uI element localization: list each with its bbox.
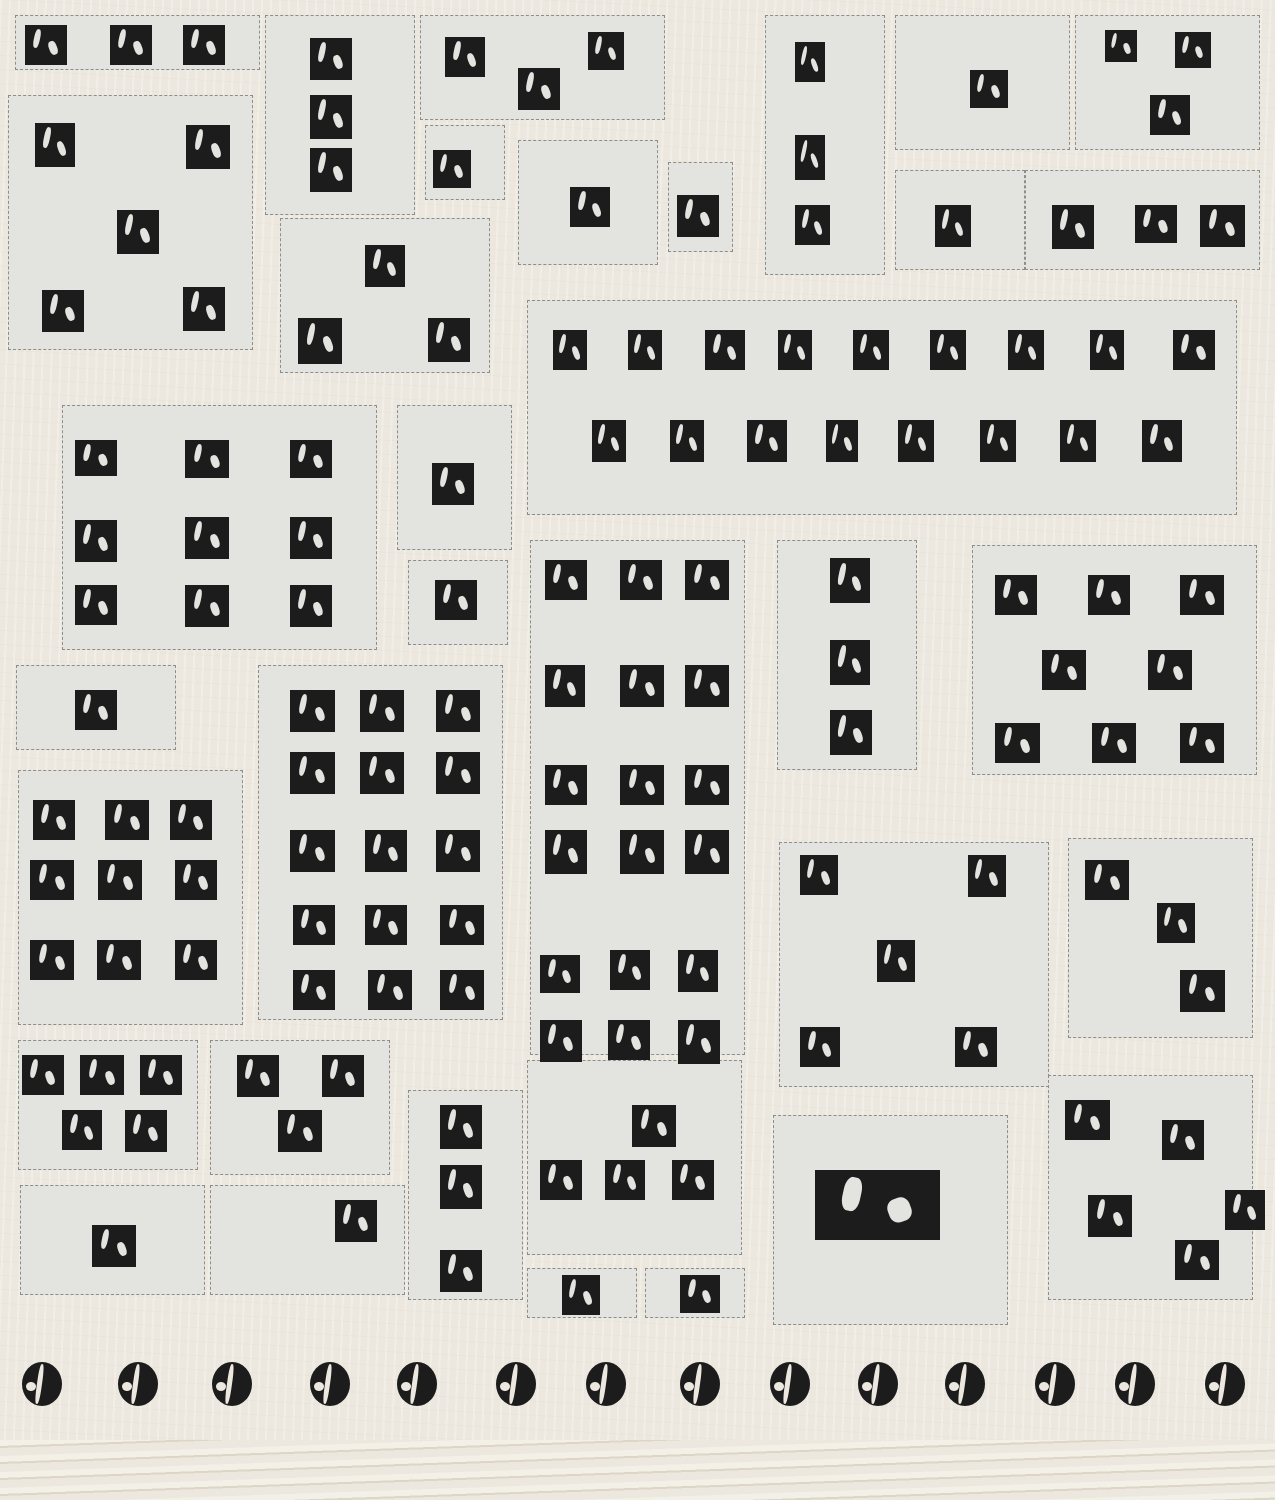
ink-square	[980, 420, 1016, 462]
ink-square	[1200, 205, 1245, 247]
ink-square	[830, 710, 872, 755]
ink-square	[293, 970, 335, 1010]
ink-square	[290, 830, 335, 872]
impasto-bottom-edge	[0, 1440, 1275, 1500]
ink-square	[298, 318, 342, 364]
ink-square	[80, 1055, 124, 1095]
ink-square	[1180, 970, 1225, 1012]
ink-square	[42, 290, 84, 332]
ink-square	[968, 855, 1006, 897]
ink-square	[365, 905, 407, 945]
ink-square	[428, 318, 470, 362]
ink-square	[545, 765, 587, 805]
ink-square	[608, 1020, 650, 1060]
ink-square	[30, 940, 74, 980]
ink-square	[75, 440, 117, 476]
ink-square	[92, 1225, 136, 1267]
ink-square	[1042, 650, 1086, 690]
ink-square	[705, 330, 745, 370]
ink-square	[620, 665, 664, 707]
ink-square	[185, 517, 229, 559]
ink-square	[670, 420, 704, 462]
ink-square	[620, 830, 664, 874]
ink-square	[365, 830, 407, 872]
ink-square	[335, 1200, 377, 1242]
ink-square	[970, 70, 1008, 108]
ink-square	[30, 860, 74, 900]
ink-square	[553, 330, 587, 370]
dashed-panel	[527, 1060, 742, 1255]
ink-square	[540, 1020, 582, 1062]
ink-square	[98, 860, 142, 900]
ink-circle	[496, 1362, 536, 1406]
ink-square	[1092, 723, 1136, 763]
ink-square	[678, 950, 718, 992]
ink-square	[185, 585, 229, 627]
ink-square	[440, 970, 484, 1010]
ink-square	[1085, 860, 1129, 900]
ink-square	[778, 330, 812, 370]
ink-square	[75, 690, 117, 730]
ink-square	[930, 330, 966, 370]
ink-square	[1142, 420, 1182, 462]
ink-square	[1135, 205, 1177, 243]
ink-square	[310, 38, 352, 80]
ink-square	[35, 123, 75, 167]
ink-square	[440, 1250, 482, 1292]
ink-square	[1088, 575, 1130, 615]
ink-square	[685, 665, 729, 707]
ink-square	[436, 830, 480, 872]
ink-square	[628, 330, 662, 370]
ink-square	[125, 1110, 167, 1152]
ink-square	[610, 950, 650, 990]
ink-square	[175, 940, 217, 980]
ink-circle	[1035, 1362, 1075, 1406]
ink-square	[1175, 1240, 1219, 1280]
ink-square	[293, 905, 335, 945]
ink-square	[1052, 205, 1094, 249]
ink-square	[830, 558, 870, 603]
ink-circle	[858, 1362, 898, 1406]
ink-square	[1148, 650, 1192, 690]
ink-square	[237, 1055, 279, 1097]
ink-circle	[310, 1362, 350, 1406]
ink-square	[677, 195, 719, 237]
ink-square	[672, 1160, 714, 1200]
ink-square	[540, 1160, 582, 1200]
ink-circle	[945, 1362, 985, 1406]
ink-square	[22, 1055, 64, 1095]
ink-square	[360, 752, 404, 794]
ink-square	[1162, 1120, 1204, 1160]
ink-square	[440, 1105, 482, 1149]
ink-circle	[212, 1362, 252, 1406]
ink-square	[620, 765, 664, 805]
ink-square	[995, 575, 1037, 615]
ink-square	[800, 1027, 840, 1067]
ink-circle	[118, 1362, 158, 1406]
ink-square	[290, 585, 332, 627]
ink-square	[25, 25, 67, 65]
ink-square	[436, 690, 480, 732]
ink-square	[278, 1110, 322, 1152]
ink-square	[795, 42, 825, 82]
painting-canvas	[0, 0, 1275, 1500]
ink-square	[117, 210, 159, 254]
ink-square	[140, 1055, 182, 1095]
ink-square	[605, 1160, 645, 1200]
ink-circle	[586, 1362, 626, 1406]
ink-square	[562, 1275, 600, 1315]
ink-square	[685, 765, 729, 805]
ink-square	[995, 723, 1040, 763]
ink-square	[368, 970, 412, 1010]
ink-circle	[397, 1362, 437, 1406]
ink-square	[1157, 903, 1195, 943]
ink-square	[445, 37, 485, 77]
ink-square	[310, 95, 352, 139]
ink-square	[795, 205, 830, 245]
ink-square	[170, 800, 212, 840]
ink-square	[432, 463, 474, 505]
ink-square	[1008, 330, 1044, 370]
ink-square	[518, 68, 560, 110]
ink-square	[290, 752, 335, 794]
ink-square	[1060, 420, 1096, 462]
ink-square	[1173, 330, 1215, 370]
ink-square	[747, 420, 787, 462]
ink-square	[680, 1275, 720, 1313]
ink-square	[186, 125, 230, 169]
ink-square	[800, 855, 838, 895]
ink-square	[322, 1055, 364, 1097]
ink-square	[183, 25, 225, 65]
ink-square	[815, 1170, 940, 1240]
ink-square	[436, 752, 480, 794]
ink-square	[310, 148, 352, 192]
ink-square	[365, 245, 405, 287]
ink-square	[1090, 330, 1124, 370]
ink-square	[632, 1105, 676, 1147]
ink-circle	[680, 1362, 720, 1406]
ink-square	[685, 560, 729, 600]
ink-square	[1180, 723, 1224, 763]
ink-square	[545, 560, 587, 600]
ink-square	[97, 940, 141, 980]
ink-circle	[1205, 1362, 1245, 1406]
ink-square	[1180, 575, 1224, 615]
ink-square	[360, 690, 404, 732]
ink-square	[935, 205, 971, 247]
ink-square	[877, 940, 915, 982]
ink-circle	[1115, 1362, 1155, 1406]
ink-square	[105, 800, 149, 840]
ink-square	[175, 860, 217, 900]
ink-square	[1088, 1195, 1132, 1237]
ink-circle	[22, 1362, 62, 1406]
ink-square	[955, 1027, 997, 1067]
ink-square	[685, 830, 729, 874]
ink-square	[75, 520, 117, 562]
ink-square	[545, 830, 587, 874]
ink-square	[1105, 30, 1137, 62]
ink-square	[570, 187, 610, 227]
ink-square	[1175, 32, 1211, 68]
ink-circle	[770, 1362, 810, 1406]
ink-square	[433, 150, 471, 188]
ink-square	[62, 1110, 102, 1150]
ink-square	[185, 440, 229, 478]
ink-square	[33, 800, 75, 840]
ink-square	[440, 1165, 482, 1209]
ink-square	[183, 287, 225, 331]
ink-square	[795, 135, 825, 180]
ink-square	[588, 32, 624, 70]
ink-square	[290, 690, 335, 732]
ink-square	[830, 640, 870, 685]
ink-square	[826, 420, 858, 462]
ink-square	[678, 1020, 720, 1064]
ink-square	[290, 440, 332, 478]
ink-square	[545, 665, 585, 707]
ink-square	[1225, 1190, 1265, 1230]
ink-square	[540, 955, 580, 993]
ink-square	[853, 330, 889, 370]
ink-square	[440, 905, 484, 945]
ink-square	[620, 560, 662, 600]
ink-square	[290, 517, 332, 559]
ink-square	[898, 420, 934, 462]
ink-square	[592, 420, 626, 462]
ink-square	[1150, 95, 1190, 135]
ink-square	[75, 585, 117, 625]
ink-square	[1065, 1100, 1110, 1140]
ink-square	[435, 580, 477, 620]
ink-square	[110, 25, 152, 65]
